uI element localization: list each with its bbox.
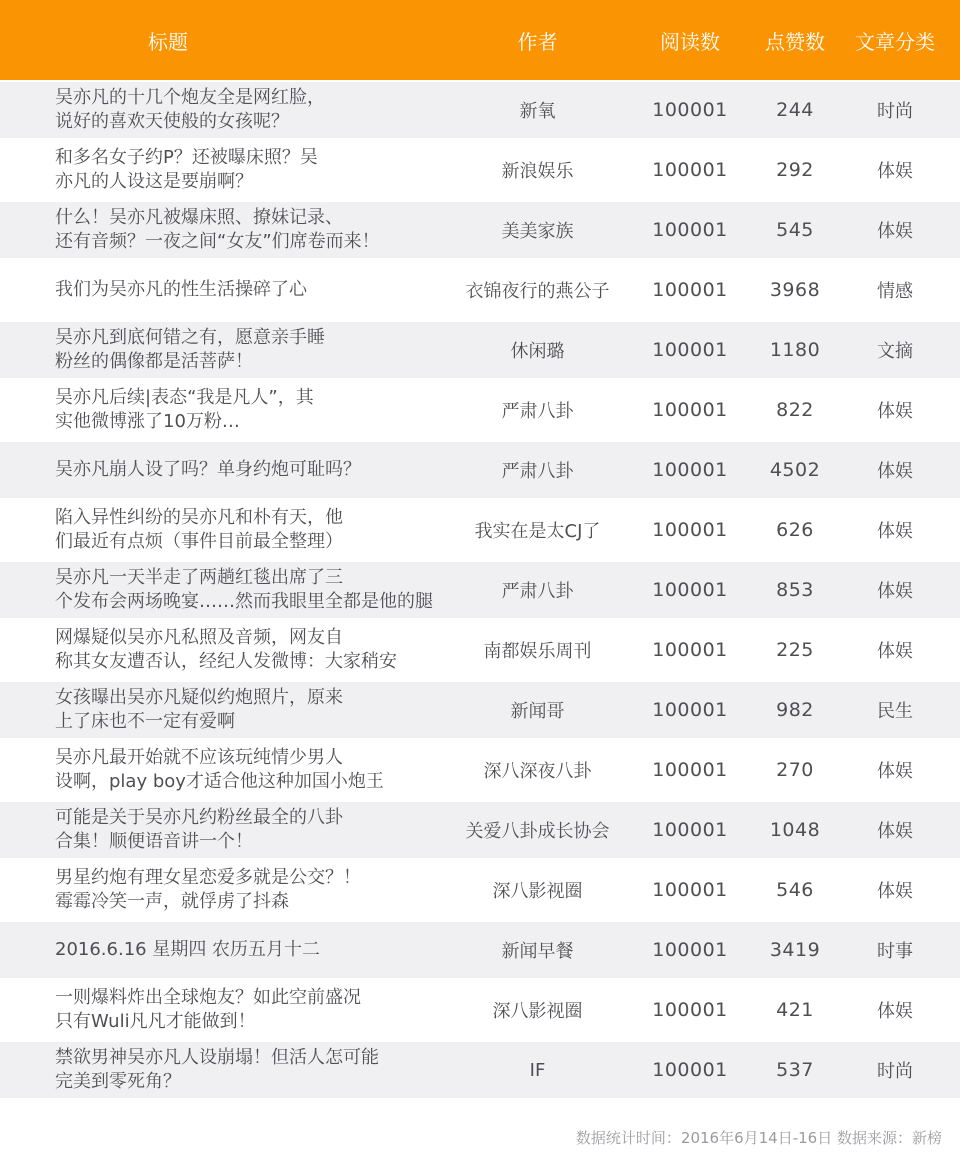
cell-title: 吴亦凡崩人设了吗？单身约炮可耻吗？ bbox=[0, 442, 455, 498]
cell-category: 体娱 bbox=[830, 140, 960, 200]
table-row: 陷入异性纠纷的吴亦凡和朴有天，他 们最近有点烦（事件目前最全整理）我实在是太CJ… bbox=[0, 500, 960, 560]
table-row: 吴亦凡最开始就不应该玩纯情少男人 设啊，play boy才适合他这种加国小炮王深… bbox=[0, 740, 960, 800]
cell-category: 体娱 bbox=[830, 442, 960, 498]
cell-category: 时尚 bbox=[830, 82, 960, 138]
cell-author: 休闲璐 bbox=[455, 322, 620, 378]
cell-reads: 100001 bbox=[620, 922, 760, 978]
cell-likes: 626 bbox=[760, 500, 830, 560]
cell-category: 时事 bbox=[830, 922, 960, 978]
cell-author: 深八影视圈 bbox=[455, 860, 620, 920]
cell-title: 吴亦凡的十几个炮友全是网红脸， 说好的喜欢天使般的女孩呢？ bbox=[0, 82, 455, 138]
cell-title: 吴亦凡一天半走了两趟红毯出席了三 个发布会两场晚宴……然而我眼里全都是他的腿 bbox=[0, 562, 455, 618]
table-row: 吴亦凡后续|表态“我是凡人”，其 实他微博涨了10万粉…严肃八卦10000182… bbox=[0, 380, 960, 440]
cell-likes: 225 bbox=[760, 620, 830, 680]
cell-author: 新氧 bbox=[455, 82, 620, 138]
cell-author: 新闻哥 bbox=[455, 682, 620, 738]
cell-category: 体娱 bbox=[830, 740, 960, 800]
cell-likes: 244 bbox=[760, 82, 830, 138]
cell-author: 关爱八卦成长协会 bbox=[455, 802, 620, 858]
cell-author: 我实在是太CJ了 bbox=[455, 500, 620, 560]
cell-author: 南都娱乐周刊 bbox=[455, 620, 620, 680]
table-row: 女孩曝出吴亦凡疑似约炮照片，原来 上了床也不一定有爱啊新闻哥100001982民… bbox=[0, 680, 960, 740]
cell-title: 男星约炮有理女星恋爱多就是公交？！ 霉霉冷笑一声，就俘虏了抖森 bbox=[0, 860, 455, 920]
cell-likes: 1048 bbox=[760, 802, 830, 858]
cell-category: 体娱 bbox=[830, 802, 960, 858]
cell-likes: 3968 bbox=[760, 260, 830, 320]
cell-likes: 292 bbox=[760, 140, 830, 200]
article-ranking-table: 标题 作者 阅读数 点赞数 文章分类 吴亦凡的十几个炮友全是网红脸， 说好的喜欢… bbox=[0, 0, 960, 1175]
cell-author: IF bbox=[455, 1042, 620, 1098]
cell-likes: 546 bbox=[760, 860, 830, 920]
cell-likes: 545 bbox=[760, 202, 830, 258]
cell-reads: 100001 bbox=[620, 802, 760, 858]
cell-likes: 537 bbox=[760, 1042, 830, 1098]
cell-reads: 100001 bbox=[620, 140, 760, 200]
table-row: 什么！吴亦凡被爆床照、撩妹记录、 还有音频？一夜之间“女友”们席卷而来！美美家族… bbox=[0, 200, 960, 260]
cell-likes: 270 bbox=[760, 740, 830, 800]
cell-title: 禁欲男神吴亦凡人设崩塌！但活人怎可能 完美到零死角？ bbox=[0, 1042, 455, 1098]
cell-reads: 100001 bbox=[620, 500, 760, 560]
cell-category: 体娱 bbox=[830, 980, 960, 1040]
cell-reads: 100001 bbox=[620, 260, 760, 320]
table-row: 可能是关于吴亦凡约粉丝最全的八卦 合集！顺便语音讲一个！关爱八卦成长协会1000… bbox=[0, 800, 960, 860]
table-row: 吴亦凡到底何错之有，愿意亲手睡 粉丝的偶像都是活菩萨！休闲璐1000011180… bbox=[0, 320, 960, 380]
cell-author: 新浪娱乐 bbox=[455, 140, 620, 200]
table-row: 2016.6.16 星期四 农历五月十二新闻早餐1000013419时事 bbox=[0, 920, 960, 980]
table-body: 吴亦凡的十几个炮友全是网红脸， 说好的喜欢天使般的女孩呢？新氧100001244… bbox=[0, 80, 960, 1100]
cell-author: 深八影视圈 bbox=[455, 980, 620, 1040]
cell-reads: 100001 bbox=[620, 442, 760, 498]
table-row: 吴亦凡一天半走了两趟红毯出席了三 个发布会两场晚宴……然而我眼里全都是他的腿严肃… bbox=[0, 560, 960, 620]
table-row: 男星约炮有理女星恋爱多就是公交？！ 霉霉冷笑一声，就俘虏了抖森深八影视圈1000… bbox=[0, 860, 960, 920]
cell-reads: 100001 bbox=[620, 322, 760, 378]
table-row: 吴亦凡的十几个炮友全是网红脸， 说好的喜欢天使般的女孩呢？新氧100001244… bbox=[0, 80, 960, 140]
cell-reads: 100001 bbox=[620, 980, 760, 1040]
cell-title: 吴亦凡到底何错之有，愿意亲手睡 粉丝的偶像都是活菩萨！ bbox=[0, 322, 455, 378]
cell-title: 可能是关于吴亦凡约粉丝最全的八卦 合集！顺便语音讲一个！ bbox=[0, 802, 455, 858]
cell-category: 体娱 bbox=[830, 562, 960, 618]
cell-category: 体娱 bbox=[830, 500, 960, 560]
cell-category: 体娱 bbox=[830, 380, 960, 440]
table-row: 和多名女子约P？还被曝床照？吴 亦凡的人设这是要崩啊？新浪娱乐100001292… bbox=[0, 140, 960, 200]
table-row: 吴亦凡崩人设了吗？单身约炮可耻吗？严肃八卦1000014502体娱 bbox=[0, 440, 960, 500]
table-row: 一则爆料炸出全球炮友？如此空前盛况 只有Wuli凡凡才能做到！深八影视圈1000… bbox=[0, 980, 960, 1040]
cell-author: 深八深夜八卦 bbox=[455, 740, 620, 800]
cell-title: 2016.6.16 星期四 农历五月十二 bbox=[0, 922, 455, 978]
cell-author: 严肃八卦 bbox=[455, 562, 620, 618]
cell-title: 吴亦凡最开始就不应该玩纯情少男人 设啊，play boy才适合他这种加国小炮王 bbox=[0, 740, 455, 800]
cell-title: 一则爆料炸出全球炮友？如此空前盛况 只有Wuli凡凡才能做到！ bbox=[0, 980, 455, 1040]
cell-reads: 100001 bbox=[620, 202, 760, 258]
cell-reads: 100001 bbox=[620, 740, 760, 800]
column-header-author: 作者 bbox=[455, 26, 620, 55]
cell-title: 吴亦凡后续|表态“我是凡人”，其 实他微博涨了10万粉… bbox=[0, 380, 455, 440]
table-header-row: 标题 作者 阅读数 点赞数 文章分类 bbox=[0, 0, 960, 80]
cell-likes: 1180 bbox=[760, 322, 830, 378]
table-row: 我们为吴亦凡的性生活操碎了心衣锦夜行的燕公子1000013968情感 bbox=[0, 260, 960, 320]
cell-likes: 853 bbox=[760, 562, 830, 618]
data-source-note: 数据统计时间：2016年6月14日-16日 数据来源：新榜 bbox=[576, 1127, 942, 1148]
cell-author: 衣锦夜行的燕公子 bbox=[455, 260, 620, 320]
table-footer: 数据统计时间：2016年6月14日-16日 数据来源：新榜 bbox=[0, 1100, 960, 1175]
cell-category: 文摘 bbox=[830, 322, 960, 378]
cell-category: 体娱 bbox=[830, 202, 960, 258]
cell-likes: 822 bbox=[760, 380, 830, 440]
cell-reads: 100001 bbox=[620, 82, 760, 138]
cell-likes: 421 bbox=[760, 980, 830, 1040]
cell-category: 体娱 bbox=[830, 620, 960, 680]
cell-reads: 100001 bbox=[620, 562, 760, 618]
column-header-title: 标题 bbox=[0, 26, 455, 55]
column-header-reads: 阅读数 bbox=[620, 26, 760, 55]
column-header-likes: 点赞数 bbox=[760, 26, 830, 55]
cell-reads: 100001 bbox=[620, 1042, 760, 1098]
cell-likes: 4502 bbox=[760, 442, 830, 498]
column-header-category: 文章分类 bbox=[830, 26, 960, 55]
cell-author: 新闻早餐 bbox=[455, 922, 620, 978]
cell-reads: 100001 bbox=[620, 682, 760, 738]
cell-author: 严肃八卦 bbox=[455, 442, 620, 498]
cell-author: 严肃八卦 bbox=[455, 380, 620, 440]
cell-category: 民生 bbox=[830, 682, 960, 738]
cell-reads: 100001 bbox=[620, 860, 760, 920]
cell-title: 和多名女子约P？还被曝床照？吴 亦凡的人设这是要崩啊？ bbox=[0, 140, 455, 200]
table-row: 禁欲男神吴亦凡人设崩塌！但活人怎可能 完美到零死角？IF100001537时尚 bbox=[0, 1040, 960, 1100]
cell-category: 时尚 bbox=[830, 1042, 960, 1098]
cell-category: 情感 bbox=[830, 260, 960, 320]
cell-likes: 982 bbox=[760, 682, 830, 738]
cell-title: 什么！吴亦凡被爆床照、撩妹记录、 还有音频？一夜之间“女友”们席卷而来！ bbox=[0, 202, 455, 258]
cell-author: 美美家族 bbox=[455, 202, 620, 258]
cell-reads: 100001 bbox=[620, 620, 760, 680]
cell-title: 陷入异性纠纷的吴亦凡和朴有天，他 们最近有点烦（事件目前最全整理） bbox=[0, 500, 455, 560]
table-row: 网爆疑似吴亦凡私照及音频，网友自 称其女友遭否认，经纪人发微博：大家稍安南都娱乐… bbox=[0, 620, 960, 680]
cell-reads: 100001 bbox=[620, 380, 760, 440]
cell-title: 我们为吴亦凡的性生活操碎了心 bbox=[0, 260, 455, 320]
cell-likes: 3419 bbox=[760, 922, 830, 978]
cell-title: 网爆疑似吴亦凡私照及音频，网友自 称其女友遭否认，经纪人发微博：大家稍安 bbox=[0, 620, 455, 680]
cell-category: 体娱 bbox=[830, 860, 960, 920]
cell-title: 女孩曝出吴亦凡疑似约炮照片，原来 上了床也不一定有爱啊 bbox=[0, 682, 455, 738]
